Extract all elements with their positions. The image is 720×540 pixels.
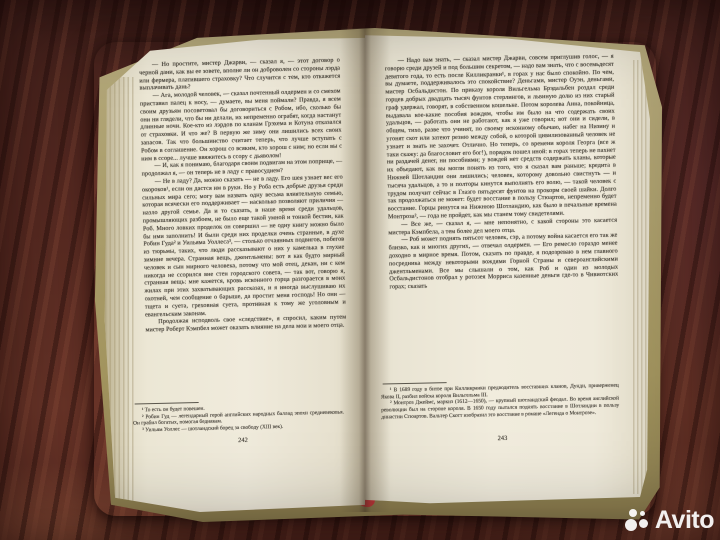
paragraph: — Ага, молодой человек, — сказал почтенн… [140,88,343,163]
paragraph: — Роб может поднять пятьсот человек, сэр… [388,232,618,291]
left-page-footnotes: ¹ То есть он будет повешен.² Робин Гуд —… [133,398,345,434]
left-page-text: — Но простите, мистер Джарви, — сказал я… [139,57,348,402]
book-photo: — Но простите, мистер Джарви, — сказал я… [0,0,720,540]
left-page-number: 242 [143,435,343,447]
footnote-divider [383,382,447,384]
right-page: — Надо вам знать, — сказал мистер Джарви… [365,28,650,508]
footnote-list: ¹ То есть он будет повешен.² Робин Гуд —… [133,402,345,434]
page-edges-right-icon [633,60,647,494]
avito-logo-icon [625,509,650,533]
footnote-list: ¹ В 1689 году в битве при Килликранки пр… [381,383,620,421]
paragraph: — Надо вам знать, — сказал мистер Джарви… [385,53,617,221]
paragraph: — Не в ладу? Да, можно сказать — не в ла… [142,174,346,319]
right-page-footnotes: ¹ В 1689 году в битве при Килликранки пр… [381,379,620,421]
footnote-divider [135,402,199,405]
paragraph: — Но простите, мистер Джарви, — сказал я… [139,57,341,93]
left-page: — Но простите, мистер Джарви, — сказал я… [100,35,365,512]
avito-watermark: Avito [625,508,714,533]
right-page-text: — Надо вам знать, — сказал мистер Джарви… [385,53,621,380]
right-page-number: 243 [388,433,617,445]
avito-watermark-text: Avito [655,508,714,533]
footnote: ² Монтроз Джеймс, маркиз (1612—1650), — … [381,396,619,421]
